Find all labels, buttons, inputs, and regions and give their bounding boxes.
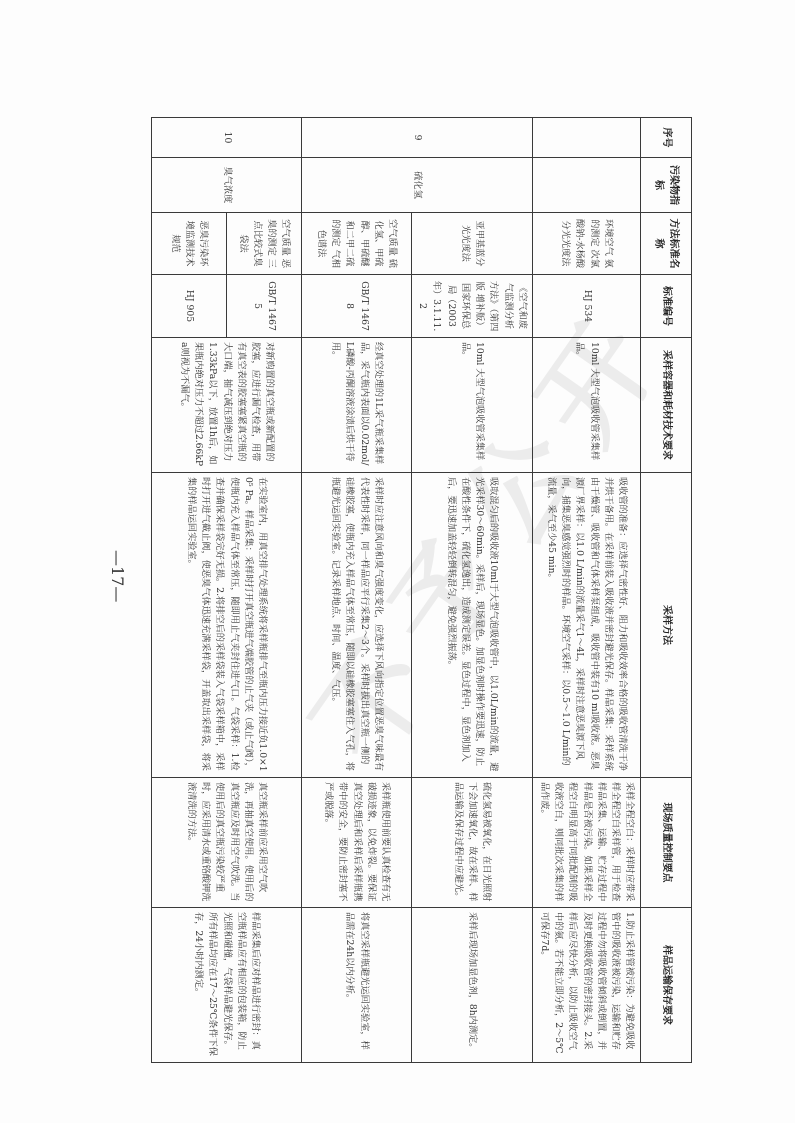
cell-seq: 9 xyxy=(302,118,533,158)
cell-seq xyxy=(533,118,641,158)
table-row: 空气质量 硫化氢、甲硫醇、甲硫醚和二甲二硫的测定 气相色谱法 GB/T 1467… xyxy=(302,118,412,1063)
cell-container: 10ml 大型气泡吸收管采集样品。 xyxy=(412,338,533,473)
cell-standard-no: HJ 905 xyxy=(152,275,227,338)
cell-qc: 硫化氢易被氧化，在日光照射下会加速氧化，故在采样、样品运输及保存过程中应避光。 xyxy=(412,778,533,908)
cell-container: 经真空处理的1L采气瓶采集样品，采气瓶内表面以0.02mol/L磷酸-丙酮溶液涂… xyxy=(302,338,412,473)
cell-standard-no: GB/T 14675 xyxy=(227,275,302,338)
cell-pollutant xyxy=(533,158,641,213)
cell-method-name: 空气质量 硫化氢、甲硫醇、甲硫醚和二甲二硫的测定 气相色谱法 xyxy=(302,213,412,275)
header-storage: 样品运输保存要求 xyxy=(641,908,692,1063)
header-standard-no: 标准编号 xyxy=(641,275,692,338)
cell-sampling: 在实验室内，用真空排气处理系统将采样瓶排气至瓶内压力接近负1.0×10⁵ Pa。… xyxy=(152,473,302,778)
cell-seq: 10 xyxy=(152,118,302,158)
table-row: 环境空气 氨的测定 次氯酸钠-水杨酸分光光度法 HJ 534 10ml 大型气泡… xyxy=(533,118,641,1063)
header-method-name: 方法标准名称 xyxy=(641,213,692,275)
header-pollutant: 污染物指标 xyxy=(641,158,692,213)
cell-qc: 真空瓶采样前应采用空气吹洗，再抽真空使用。使用后的真空瓶应及时用空气吹洗。当使用… xyxy=(152,778,302,908)
cell-sampling: 吸取混匀后的吸收液10ml于大型气泡吸收管中，以1.0L/min的流量，避光采样… xyxy=(412,473,533,778)
cell-storage: 采样后现场加显色剂，8h内测定。 xyxy=(412,908,533,1063)
cell-standard-no: HJ 534 xyxy=(533,275,641,338)
cell-container: 对新购置的真空瓶或新配置的胶塞，应进行漏气检查，用带有真空表的胶塞塞紧真空瓶的大… xyxy=(152,338,302,473)
header-qc: 现场质量控制要点 xyxy=(641,778,692,908)
header-container: 采样容器和耗材技术要求 xyxy=(641,338,692,473)
cell-method-name: 恶臭污染环境监测技术规范 xyxy=(152,213,227,275)
cell-standard-no: 《空气和废气监测分析方法》（第四版 增补版）国家环保总局（2003年）3.1.1… xyxy=(412,275,533,338)
table-row: 9 硫化氢 亚甲基蓝分光光度法 《空气和废气监测分析方法》（第四版 增补版）国家… xyxy=(412,118,533,1063)
header-seq: 序号 xyxy=(641,118,692,158)
sampling-requirements-table: 序号 污染物指标 方法标准名称 标准编号 采样容器和耗材技术要求 采样方法 现场… xyxy=(151,117,692,1063)
table-header-row: 序号 污染物指标 方法标准名称 标准编号 采样容器和耗材技术要求 采样方法 现场… xyxy=(641,118,692,1063)
rotated-table-sheet: 序号 污染物指标 方法标准名称 标准编号 采样容器和耗材技术要求 采样方法 现场… xyxy=(180,117,692,1062)
cell-standard-no: GB/T 14678 xyxy=(302,275,412,338)
cell-container: 10ml 大型气泡吸收管采集样品。 xyxy=(533,338,641,473)
cell-sampling: 采样时应注意风向和臭气强度变化，应选择下风向指定位置恶臭气味最有代表性时采样，同… xyxy=(302,473,412,778)
cell-storage: 将真空采样瓶避光运回实验室，样品需在24h以内分析。 xyxy=(302,908,412,1063)
table-row: 10 臭气浓度 空气质量 恶臭的测定 三点比较式臭袋法 GB/T 14675 对… xyxy=(227,118,302,1063)
cell-storage: 1.防止采样管被污染：为避免吸收管中的吸收液被污染，运输和贮存过程中勿将吸收管倾… xyxy=(533,908,641,1063)
cell-method-name: 环境空气 氨的测定 次氯酸钠-水杨酸分光光度法 xyxy=(533,213,641,275)
cell-pollutant: 硫化氢 xyxy=(302,158,533,213)
cell-method-name: 亚甲基蓝分光光度法 xyxy=(412,213,533,275)
cell-storage: 样品采集后应对样品进行密封：真空瓶样品应有相应的包装箱，防止光照和碰撞，气袋样品… xyxy=(152,908,302,1063)
page-number: —17— xyxy=(87,550,127,580)
cell-sampling: 吸收管的准备：应选择气密性好、阻力和吸收效率合格的吸收管清洗干净并烘干备用。在采… xyxy=(533,473,641,778)
cell-pollutant: 臭气浓度 xyxy=(152,158,302,213)
cell-method-name: 空气质量 恶臭的测定 三点比较式臭袋法 xyxy=(227,213,302,275)
cell-qc: 采样全程空白：采样时应带采样全程空白采样管，用于检查样品采集、运输、贮存过程中样… xyxy=(533,778,641,908)
header-sampling: 采样方法 xyxy=(641,473,692,778)
cell-qc: 采样瓶使用前要认真检查有无破损迹象，以免炸裂。要保证真空处理后和采样后采样瓶携带… xyxy=(302,778,412,908)
